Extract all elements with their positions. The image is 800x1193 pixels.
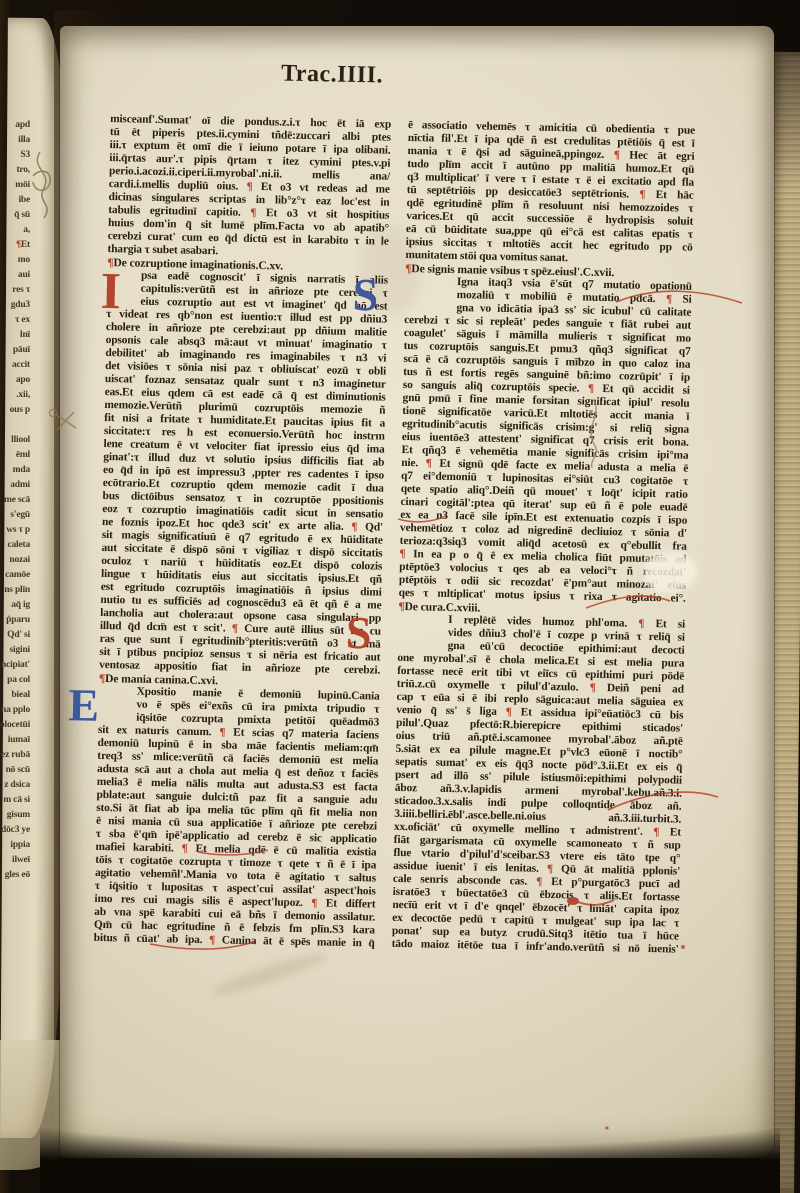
facing-page-text-fragment: ṗparu [0,613,30,628]
facing-page-text-fragment: a, [0,223,30,238]
facing-page-text-fragment: lnī [0,328,30,343]
facing-page-text-fragment: admi [0,478,30,493]
facing-page-fragments: apdillaS3tro,mōiibeq̄ sūa,¶Etmoauires τg… [0,118,30,883]
pilcrow-mark: ¶ [506,706,512,718]
facing-page-text-fragment: me scā [0,493,30,508]
pilcrow-mark: ¶ [250,207,256,219]
pilcrow-mark: ¶ [590,682,596,694]
bottom-shadow [40,1128,780,1193]
pilcrow-mark: ¶ [547,863,553,875]
pilcrow-mark: ¶ [666,293,672,305]
paragraph: SIgna itaq3 vsia ē'sūt q7 mutatio opatio… [399,275,692,606]
facing-page-text-fragment: accit [0,358,30,373]
paper-discoloration [360,226,420,316]
facing-page-text-fragment: nozai [0,553,30,568]
facing-page-text-fragment: ilweī [0,853,30,868]
facing-page-text-fragment: caleta [0,538,30,553]
facing-page-text-fragment: .xii, [0,388,30,403]
facing-page-text-fragment: mda [0,463,30,478]
facing-page-text-fragment: ns plīn [0,583,30,598]
facing-page-text-fragment: dōc3 ye [0,823,30,838]
pilcrow-mark: ¶ [398,600,404,613]
facing-page-text-fragment: lliool [0,433,30,448]
pilcrow-mark: ¶ [311,897,317,909]
text-column-right: ē associatio vehemēs τ amicitia cū obedi… [392,119,696,957]
pilcrow-mark: ¶ [614,149,620,161]
facing-page-text-fragment: gisum [0,808,30,823]
illuminated-initial: I [100,266,121,318]
facing-page-text-fragment: m cā si [0,793,30,808]
facing-page-text-fragment: res τ [0,283,30,298]
illuminated-initial: E [68,682,100,729]
text-column-left: misceanf'.Sumat' oī die pondus.z.i.τ hoc… [94,113,392,950]
pilcrow-mark: ¶ [246,181,252,193]
paragraph: SI replētē vides humoz phl'oma. ¶ Et siv… [392,613,686,957]
facing-page-text-fragment: aq̄ ig [0,598,30,613]
facing-page-text-fragment [0,418,30,433]
facing-page-text-fragment: S3 [0,148,30,163]
pilcrow-mark: ¶ [99,672,105,685]
pilcrow-mark: ¶ [219,726,225,738]
facing-page-text-fragment: ēml [0,448,30,463]
facing-page-text-fragment: mōi [0,178,30,193]
paragraph: EXpositio manie ē demoniū lupinū.Caniavo… [94,685,380,951]
illuminated-initial: S [345,610,372,657]
facing-page-text-fragment: apd [0,118,30,133]
facing-page-text-fragment: mo [0,253,30,268]
paragraph: misceanf'.Sumat' oī die pondus.z.i.τ hoc… [107,113,391,262]
pilcrow-mark: ¶ [181,843,187,855]
pilcrow-mark: ¶ [638,618,644,630]
facing-page-text-fragment: ws τ p [0,523,30,538]
facing-page-text-fragment: ibe [0,193,30,208]
facing-page-text-fragment: na pplo [0,703,30,718]
pilcrow-mark: ¶ [351,521,357,533]
facing-page-text-fragment: z dsica [0,778,30,793]
pilcrow-mark: ¶ [588,383,594,395]
book-page: Trac.IIII. misceanf'.Sumat' oī die pondu… [60,26,774,1158]
pilcrow-mark: ¶ [653,826,659,838]
facing-page-text-fragment: τ ex [0,313,30,328]
pilcrow-mark: ¶ [16,240,21,250]
facing-page-text-fragment: s'egū [0,508,30,523]
facing-page-text-fragment: ous p [0,403,30,418]
facing-page-text-fragment: ez rubā [0,748,30,763]
printed-text-block: Trac.IIII. misceanf'.Sumat' oī die pondu… [37,26,774,1172]
facing-page-text-fragment: ¶Et [0,238,30,253]
facing-page-text-fragment: nō scū [0,763,30,778]
running-header: Trac.IIII. [281,60,462,94]
facing-page-text-fragment: pa col [0,673,30,688]
pilcrow-mark: ¶ [232,623,238,635]
facing-page-text-fragment: tro, [0,163,30,178]
facing-page-text-fragment: gdu3 [0,298,30,313]
book-photograph: { "meta": { "page_header": "Trac.IIII." … [0,0,800,1193]
pilcrow-mark: ¶ [639,189,645,201]
paragraph: Ipsa eadē cognoscit' ī signis narratis ī… [99,269,388,678]
pilcrow-mark: ¶ [209,934,215,946]
facing-page-text-fragment: aui [0,268,30,283]
facing-page-text-fragment: Qd' si [0,628,30,643]
facing-page-text-fragment: gles eō [0,868,30,883]
facing-page-text-fragment: camōe [0,568,30,583]
pilcrow-mark: ¶ [536,876,542,888]
paragraph: ē associatio vehemēs τ amicitia cū obedi… [405,119,695,268]
facing-page-text-fragment: olocetūi [0,718,30,733]
facing-page-text-fragment: q̄ sū [0,208,30,223]
pilcrow-mark: ¶ [426,457,432,469]
facing-page-text-fragment: bieal [0,688,30,703]
pilcrow-mark: ¶ [399,548,405,560]
facing-page-text-fragment: illa [0,133,30,148]
facing-page-text-fragment: apo [0,373,30,388]
facing-page-text-fragment: sigini [0,643,30,658]
facing-page-text-fragment: ippia [0,838,30,853]
facing-page-text-fragment: ncipiat' [0,658,30,673]
facing-page-text-fragment: iumaī [0,733,30,748]
facing-page-text-fragment: pāuī [0,343,30,358]
